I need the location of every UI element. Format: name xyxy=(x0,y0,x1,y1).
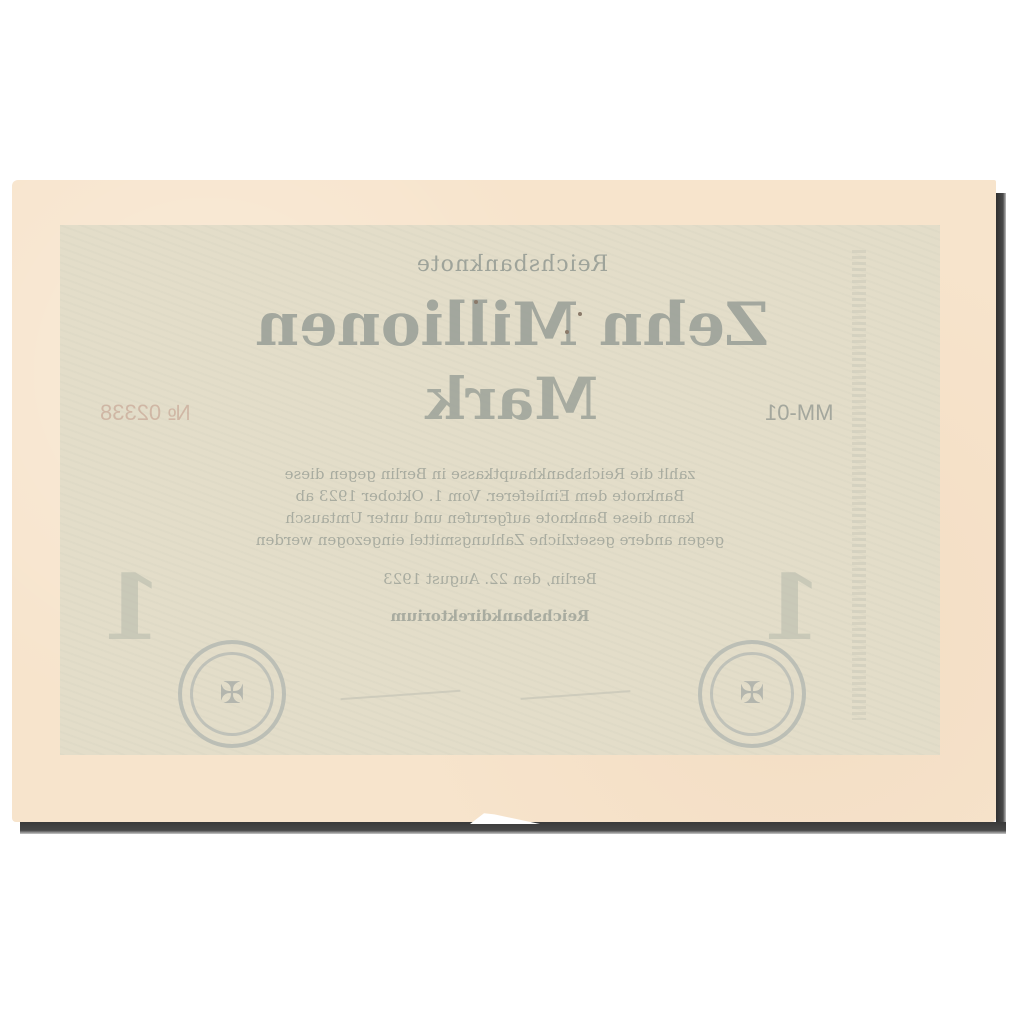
body-line: kann diese Banknote aufgerufen und unter… xyxy=(160,507,820,529)
date-line: Berlin, den 22. August 1923 xyxy=(300,568,680,590)
issuer-line: Reichsbankdirektorium xyxy=(300,605,680,627)
stain-speck xyxy=(474,300,478,304)
body-line: gegen andere gesetzliche Zahlungsmittel … xyxy=(160,529,820,551)
title-denomination: Zehn Millionen xyxy=(0,290,1024,360)
stain-speck xyxy=(565,330,569,334)
eagle-icon: ✠ xyxy=(736,674,768,714)
eagle-icon: ✠ xyxy=(216,674,248,714)
serial-prefix: MM-01 xyxy=(765,400,833,426)
seal-stamp-left: ✠ xyxy=(178,640,286,748)
corner-numeral-left: 1 xyxy=(100,555,163,661)
header-small: Reichsbanknote xyxy=(0,252,1024,277)
body-line: zahlt die Reichsbankhauptkasse in Berlin… xyxy=(160,463,820,485)
body-line: Banknote dem Einlieferer. Vom 1. Oktober… xyxy=(160,485,820,507)
seal-stamp-right: ✠ xyxy=(698,640,806,748)
stain-speck xyxy=(578,312,582,316)
serial-number: № 02338 xyxy=(100,400,191,426)
